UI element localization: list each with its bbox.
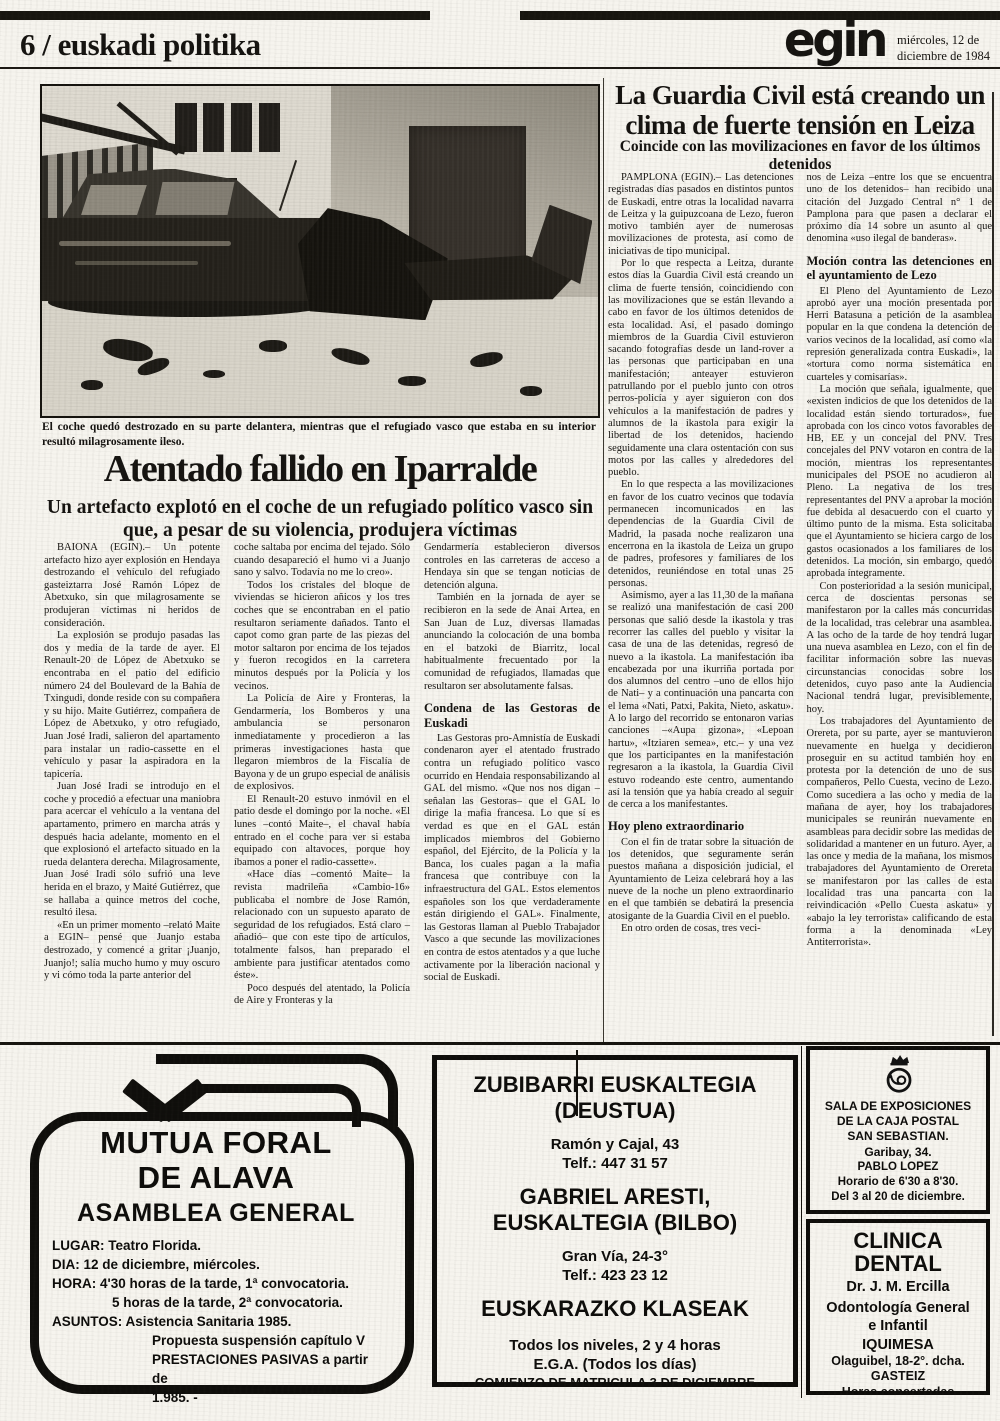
ad-line: COMIENZO DE MATRICULA 3 DE DICIEMBRE xyxy=(437,1375,793,1387)
paragraph: «En un primer momento –relató Maite a EG… xyxy=(44,920,220,983)
ad-line: SALA DE EXPOSICIONES xyxy=(810,1099,986,1114)
left-article-subhead: Un artefacto explotó en el coche de un r… xyxy=(36,497,604,542)
subhead-gestoras: Condena de las Gestoras de Euskadi xyxy=(424,701,600,730)
egin-logo: egin xyxy=(784,22,885,60)
left-article-headline: Atentado fallido en Iparralde xyxy=(30,447,610,491)
paragraph: La explosión se produjo pasadas las dos … xyxy=(44,630,220,781)
ads-vertical-divider-2 xyxy=(801,1046,802,1398)
right-article-headline: La Guardia Civil está creando un clima d… xyxy=(606,80,994,140)
left-article-column-1: BAIONA (EGIN).– Un potente artefacto hiz… xyxy=(44,542,220,1044)
subhead-pleno: Hoy pleno extraordinario xyxy=(608,819,794,833)
section-title: 6 / euskadi politika xyxy=(20,27,261,63)
ad-line: 1.985. - xyxy=(52,1389,382,1408)
paragraph: Todos los cristales del bloque de vivien… xyxy=(234,580,410,693)
ad-line: EUSKALTEGIA (BILBO) xyxy=(437,1210,793,1236)
ad-line: Del 3 al 20 de diciembre. xyxy=(810,1190,986,1205)
ad-title: DE ALAVA xyxy=(50,1161,382,1196)
ad-title: MUTUA FORAL xyxy=(50,1126,382,1161)
paragraph: Los trabajadores del Ayuntamiento de Ore… xyxy=(807,716,993,950)
paragraph: En lo que respecta a las movilizaciones … xyxy=(608,479,794,590)
paragraph: Con el fin de tratar sobre la situación … xyxy=(608,837,794,923)
paragraph: PAMPLONA (EGIN).– Las detenciones regist… xyxy=(608,172,794,258)
ad-line: e Infantil xyxy=(810,1317,986,1335)
paragraph: Gendarmería establecieron diversos contr… xyxy=(424,542,600,592)
ad-mutua-foral: MUTUA FORAL DE ALAVA ASAMBLEA GENERAL LU… xyxy=(6,1054,430,1400)
left-article-column-2: coche saltaba por encima del tejado. Sól… xyxy=(234,542,410,1044)
right-article-subhead: Coincide con las movilizaciones en favor… xyxy=(610,138,990,174)
right-edge-rule xyxy=(992,92,994,1036)
ad-line: ASUNTOS: Asistencia Sanitaria 1985. xyxy=(52,1313,382,1332)
ad-line: 5 horas de la tarde, 2ª convocatoria. xyxy=(52,1294,382,1313)
correos-crown-posthorn-icon xyxy=(876,1054,920,1094)
ad-line: Garibay, 34. xyxy=(810,1145,986,1160)
ad-line: GABRIEL ARESTI, xyxy=(437,1184,793,1210)
ad-line: SAN SEBASTIAN. xyxy=(810,1129,986,1144)
paragraph: nos de Leiza –entre los que se encuentra… xyxy=(807,172,993,246)
ad-line: DIA: 12 de diciembre, miércoles. xyxy=(52,1256,382,1275)
ad-clinica-dental: CLINICA DENTAL Dr. J. M. Ercilla Odontol… xyxy=(806,1219,990,1395)
ad-caja-postal: SALA DE EXPOSICIONES DE LA CAJA POSTAL S… xyxy=(806,1046,990,1214)
newspaper-page: 6 / euskadi politika egin miércoles, 12 … xyxy=(0,0,1000,1421)
paragraph: También en la jornada de ayer se recibie… xyxy=(424,592,600,693)
ad-line: CLINICA xyxy=(810,1229,986,1252)
left-article-column-3: Gendarmería establecieron diversos contr… xyxy=(424,542,600,1044)
paragraph: BAIONA (EGIN).– Un potente artefacto hiz… xyxy=(44,542,220,630)
paragraph: La Policía de Aire y Fronteras, la Genda… xyxy=(234,693,410,794)
ad-line: Horas concertadas xyxy=(810,1385,986,1395)
ad-line: Ramón y Cajal, 43 xyxy=(437,1135,793,1155)
ad-line: GASTEIZ xyxy=(810,1369,986,1385)
ad-line: Horario de 6'30 a 8'30. xyxy=(810,1175,986,1190)
ad-euskaltegia: ZUBIBARRI EUSKALTEGIA (DEUSTUA) Ramón y … xyxy=(432,1055,798,1387)
masthead: egin miércoles, 12 de diciembre de 1984 xyxy=(784,22,990,65)
ad-line: PABLO LOPEZ xyxy=(810,1160,986,1175)
paragraph: El Pleno del Ayuntamiento de Lezo aprobó… xyxy=(807,286,993,384)
photo-wrecked-car xyxy=(40,84,600,418)
ad-line: Propuesta suspensión capítulo V xyxy=(52,1332,382,1351)
ad-line: Telf.: 447 31 57 xyxy=(437,1154,793,1174)
subhead-mocion: Moción contra las detenciones en el ayun… xyxy=(807,254,993,283)
paragraph: Asimismo, ayer a las 11,30 de la mañana … xyxy=(608,590,794,811)
right-article-body: PAMPLONA (EGIN).– Las detenciones regist… xyxy=(608,172,992,1042)
ad-line: Olaguibel, 18-2°. dcha. xyxy=(810,1354,986,1370)
paragraph: El Renault-20 estuvo inmóvil en el patio… xyxy=(234,794,410,870)
paragraph: La moción que señala, igualmente, que «e… xyxy=(807,384,993,581)
ad-line: Odontología General xyxy=(810,1299,986,1317)
ad-line: ZUBIBARRI EUSKALTEGIA xyxy=(437,1072,793,1098)
ad-line: IQUIMESA xyxy=(810,1336,986,1354)
ad-line: DENTAL xyxy=(810,1252,986,1275)
date-line-2: diciembre de 1984 xyxy=(897,48,990,64)
ad-line: PRESTACIONES PASIVAS a partir de xyxy=(52,1351,382,1389)
left-article-body: BAIONA (EGIN).– Un potente artefacto hiz… xyxy=(44,542,600,1044)
paragraph: Poco después del atentado, la Policía de… xyxy=(234,983,410,1008)
paragraph: «Hace días –comentó Maite– la revista ma… xyxy=(234,869,410,982)
ad-line: EUSKARAZKO KLASEAK xyxy=(437,1296,793,1322)
right-article-column-1: PAMPLONA (EGIN).– Las detenciones regist… xyxy=(608,172,794,1042)
paragraph: Las Gestoras pro-Amnistía de Euskadi con… xyxy=(424,733,600,985)
top-rule-gap xyxy=(430,11,520,20)
date-block: miércoles, 12 de diciembre de 1984 xyxy=(897,22,990,65)
ad-subtitle: ASAMBLEA GENERAL xyxy=(50,1199,382,1228)
ad-line: LUGAR: Teatro Florida. xyxy=(52,1237,382,1256)
ad-line: Todos los niveles, 2 y 4 horas xyxy=(437,1336,793,1356)
column-divider xyxy=(603,78,604,1044)
ad-line: Gran Vía, 24-3° xyxy=(437,1247,793,1267)
header-rule xyxy=(0,67,1000,69)
ad-line: (DEUSTUA) xyxy=(437,1098,793,1124)
photo-caption: El coche quedó destrozado en su parte de… xyxy=(42,420,596,450)
ad-line: DE LA CAJA POSTAL xyxy=(810,1114,986,1129)
paragraph: En otro orden de cosas, tres veci- xyxy=(608,923,794,935)
ad-line: E.G.A. (Todos los días) xyxy=(437,1355,793,1375)
paragraph: Juan José Iradi se introdujo en el coche… xyxy=(44,781,220,920)
paragraph: Por lo que respecta a Leitza, durante es… xyxy=(608,258,794,479)
date-line-1: miércoles, 12 de xyxy=(897,32,990,48)
paragraph: coche saltaba por encima del tejado. Sól… xyxy=(234,542,410,580)
ad-line: HORA: 4'30 horas de la tarde, 1ª convoca… xyxy=(52,1275,382,1294)
right-article-column-2: nos de Leiza –entre los que se encuentra… xyxy=(807,172,993,1042)
ad-details: LUGAR: Teatro Florida. DIA: 12 de diciem… xyxy=(50,1237,382,1407)
ad-line: Dr. J. M. Ercilla xyxy=(810,1278,986,1296)
paragraph: Con posterioridad a la sesión municipal,… xyxy=(807,581,993,716)
ad-line: Telf.: 423 23 12 xyxy=(437,1266,793,1286)
